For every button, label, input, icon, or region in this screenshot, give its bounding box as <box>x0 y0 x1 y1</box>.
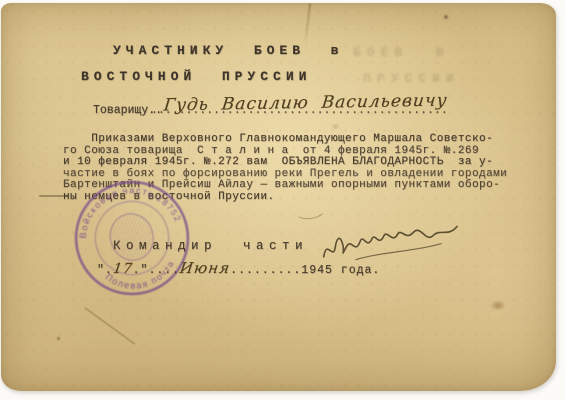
commander-label: Командир части <box>113 239 308 253</box>
date-close-quote: ." <box>133 264 149 277</box>
ink-ghost-offset-1: БОЕВ В <box>353 45 450 60</box>
handwritten-day: 17 <box>112 261 134 277</box>
body-line: го Союза товарища С т а л и н а от 4 фев… <box>63 146 507 158</box>
paper-stain <box>443 14 449 20</box>
handwritten-month: Июня <box>179 259 232 277</box>
date-dots: .... <box>148 264 180 277</box>
paper-sheet: УЧАСТНИКУ БОЕВ в ВОСТОЧНОЙ ПРУССИИ БОЕВ … <box>1 3 556 391</box>
body-line: Приказами Верховного Главнокомандующего … <box>63 134 507 146</box>
ink-ghost-offset-2: ПРУССИИ <box>363 71 460 86</box>
body-line: и 10 февраля 1945г. №.272 вам ОБЪЯВЛЕНА … <box>63 157 507 169</box>
date-dots: ......... <box>230 264 301 277</box>
stamp-center-emblem <box>105 209 159 266</box>
date-year: 1945 года. <box>301 264 380 277</box>
header-line-1: УЧАСТНИКУ БОЕВ в <box>113 43 343 58</box>
date-line: ". 17 ." .... Июня ......... 1945 года. <box>97 259 380 277</box>
paper-stain <box>56 336 61 341</box>
paper-crease <box>303 3 311 47</box>
date-open-quote: ". <box>97 264 113 277</box>
scanned-certificate: УЧАСТНИКУ БОЕВ в ВОСТОЧНОЙ ПРУССИИ БОЕВ … <box>0 0 565 400</box>
paper-stain <box>490 300 506 311</box>
header-line-2: ВОСТОЧНОЙ ПРУССИИ <box>81 69 311 84</box>
paper-stain <box>331 123 340 130</box>
